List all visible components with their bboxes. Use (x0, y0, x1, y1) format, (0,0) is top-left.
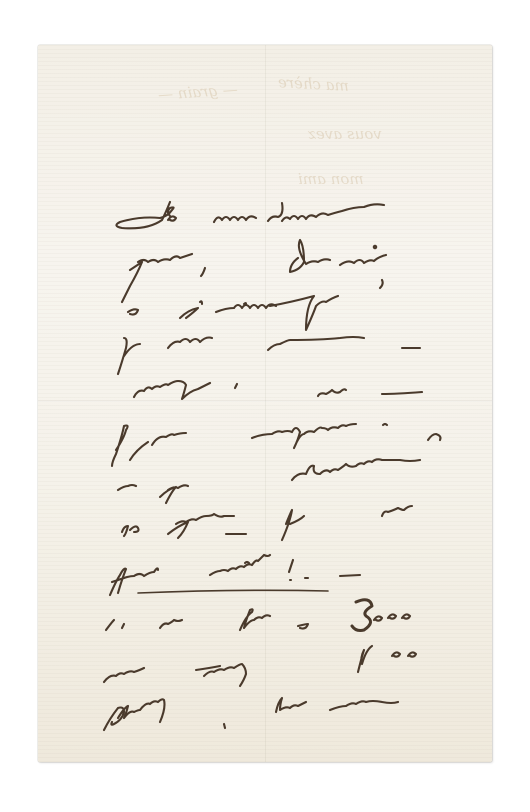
handwriting (0, 0, 530, 812)
